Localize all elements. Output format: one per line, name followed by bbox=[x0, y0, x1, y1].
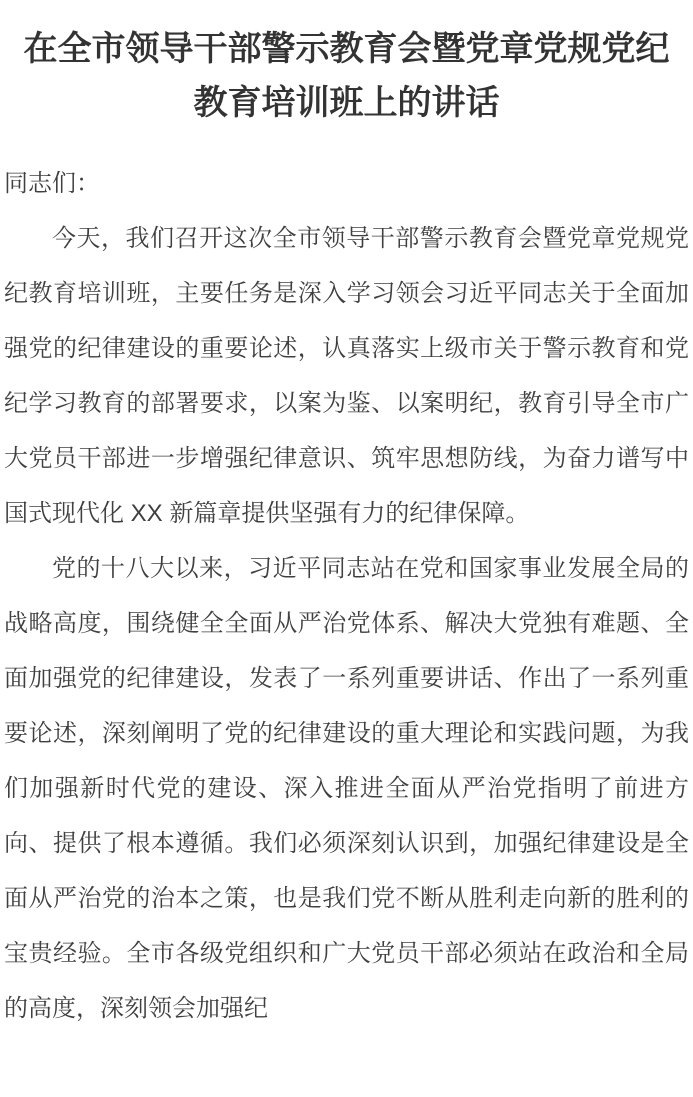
paragraph-1: 今天，我们召开这次全市领导干部警示教育会暨党章党规党纪教育培训班，主要任务是深入… bbox=[4, 211, 689, 541]
document-body: 同志们： 今天，我们召开这次全市领导干部警示教育会暨党章党规党纪教育培训班，主要… bbox=[4, 156, 689, 1036]
paragraph-2: 党的十八大以来，习近平同志站在党和国家事业发展全局的战略高度，围绕健全全面从严治… bbox=[4, 541, 689, 1036]
document-page: 在全市领导干部警示教育会暨党章党规党纪教育培训班上的讲话 同志们： 今天，我们召… bbox=[0, 0, 693, 1076]
salutation: 同志们： bbox=[4, 156, 689, 211]
document-title: 在全市领导干部警示教育会暨党章党规党纪教育培训班上的讲话 bbox=[16, 22, 677, 130]
